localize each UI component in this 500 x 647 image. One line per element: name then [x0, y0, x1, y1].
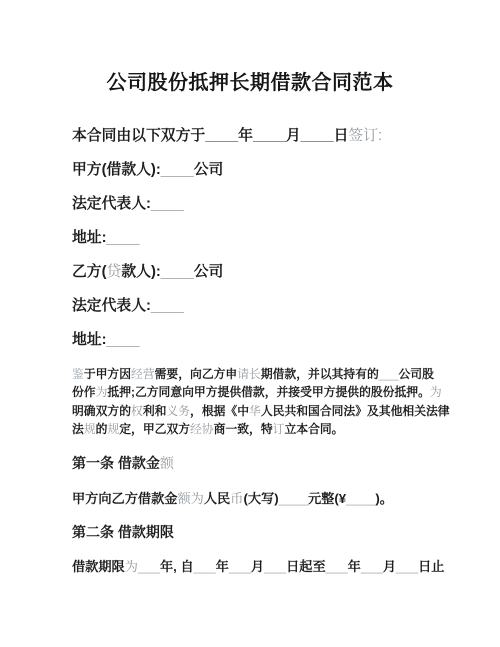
text-segment: 期借款，并以其持有的	[261, 367, 379, 381]
blank-field: ___	[194, 559, 216, 574]
text-segment: 公司	[194, 264, 224, 280]
text-segment: 年, 自	[160, 559, 194, 574]
text-segment: 款人):	[121, 264, 160, 280]
text-line: 法规的规定，甲乙双方经协商一致，特订立本合同。	[72, 420, 434, 438]
blank-field: ____	[205, 128, 238, 144]
text-segment: 乙方(	[72, 264, 107, 280]
text-segment: 甲方向乙方借款金	[72, 491, 178, 506]
text-segment: 元整(¥	[308, 491, 346, 506]
text-segment: 年	[238, 128, 253, 144]
contract-document: 公司股份抵押长期借款合同范本 本合同由以下双方于____年____月____日签…	[0, 0, 500, 647]
text-line: 份作为抵押;乙方同意向甲方提供借款，并接受甲方提供的股份抵押。为	[72, 383, 434, 401]
text-line: 鉴于甲方因经营需要，向乙方申请长期借款，并以其持有的___公司股	[72, 365, 434, 383]
text-segment: 定，甲乙双方	[119, 422, 190, 436]
text-segment: 请长	[237, 367, 261, 381]
text-segment: 月	[251, 559, 264, 574]
text-segment: 借款期限	[72, 559, 125, 574]
text-segment: 月	[286, 128, 301, 144]
document-body: 本合同由以下双方于____年____月____日签订:甲方(借款人):____公…	[0, 127, 500, 576]
block-loan-term: 借款期限为___年, 自___年___月___日起至___年___月___日止	[72, 558, 434, 576]
text-segment: 法定代表人:	[72, 298, 151, 314]
text-segment: 规	[107, 422, 119, 436]
text-line: 第二条 借款期限	[72, 523, 434, 541]
text-line: 法定代表人:____	[72, 195, 434, 214]
text-segment: 立本合同。	[284, 422, 343, 436]
text-segment: 人民	[204, 491, 230, 506]
text-segment: 甲方(借款人):	[72, 162, 161, 178]
text-segment: 的	[96, 422, 108, 436]
text-segment: 规	[84, 422, 96, 436]
text-segment: 为	[96, 385, 108, 399]
text-segment: ，根据《中	[190, 404, 249, 418]
blank-field: ____	[346, 491, 375, 506]
text-segment: 公司股	[399, 367, 434, 381]
text-segment: 法	[72, 422, 84, 436]
text-segment: 年	[348, 559, 361, 574]
text-segment: )。	[375, 491, 393, 506]
text-line: 甲方向乙方借款金额为人民币(大写)____元整(¥____)。	[72, 490, 434, 508]
text-segment: 为	[125, 559, 138, 574]
text-segment: 经协	[190, 422, 214, 436]
text-segment: 经营	[131, 367, 155, 381]
text-line: 法定代表人:____	[72, 297, 434, 316]
blank-field: ___	[379, 367, 399, 381]
blank-field: ___	[396, 559, 418, 574]
text-segment: 地址:	[72, 230, 107, 246]
text-segment: 贷	[107, 264, 122, 280]
text-segment: 明确双方的	[72, 404, 131, 418]
blank-field: ____	[107, 230, 140, 246]
text-line: 本合同由以下双方于____年____月____日签订:	[72, 127, 434, 146]
text-line: 地址:____	[72, 331, 434, 350]
text-line: 明确双方的权利和义务，根据《中华人民共和国合同法》及其他相关法律	[72, 402, 434, 420]
blank-field: ____	[161, 264, 194, 280]
block-article-1-heading: 第一条 借款金额	[72, 454, 434, 472]
text-line: 第一条 借款金额	[72, 454, 434, 472]
text-segment: 日起至	[286, 559, 326, 574]
text-line: 甲方(借款人):____公司	[72, 161, 434, 180]
blank-field: ___	[264, 559, 286, 574]
text-segment: 于甲方因	[84, 367, 131, 381]
text-line: 乙方(贷款人):____公司	[72, 263, 434, 282]
blank-field: ____	[279, 491, 308, 506]
text-line: 地址:____	[72, 229, 434, 248]
text-segment: 需要，向乙方申	[155, 367, 238, 381]
block-article-2-heading: 第二条 借款期限	[72, 523, 434, 541]
text-segment: 日止	[418, 559, 444, 574]
text-segment: 权	[131, 404, 143, 418]
blank-field: ___	[229, 559, 251, 574]
text-segment: 年	[216, 559, 229, 574]
blank-field: ____	[107, 332, 140, 348]
text-segment: 鉴	[72, 367, 84, 381]
blank-field: ___	[138, 559, 160, 574]
blank-field: ____	[151, 298, 184, 314]
text-line: 借款期限为___年, 自___年___月___日起至___年___月___日止	[72, 558, 434, 576]
blank-field: ____	[161, 162, 194, 178]
text-segment: 华	[249, 404, 261, 418]
text-segment: 利和	[143, 404, 167, 418]
text-segment: 签订:	[348, 128, 382, 144]
text-segment: 额	[160, 455, 174, 471]
block-address-a: 地址:____	[72, 229, 434, 248]
document-title: 公司股份抵押长期借款合同范本	[0, 70, 500, 97]
text-segment: 商一致，特	[214, 422, 273, 436]
text-segment: 法定代表人:	[72, 196, 151, 212]
block-legal-rep-a: 法定代表人:____	[72, 195, 434, 214]
blank-field: ____	[253, 128, 286, 144]
text-segment: (大写)	[243, 491, 278, 506]
text-segment: 义务	[166, 404, 190, 418]
text-segment: 第二条 借款期限	[72, 524, 174, 540]
text-segment: 为	[430, 385, 442, 399]
block-intro: 本合同由以下双方于____年____月____日签订:	[72, 127, 434, 146]
blank-field: ____	[151, 196, 184, 212]
text-segment: 人民共和国合同法》及其他相关法律	[261, 404, 450, 418]
text-segment: 公司	[194, 162, 224, 178]
text-segment: 日	[334, 128, 349, 144]
text-segment: 本合同由以下双方于	[72, 128, 205, 144]
text-segment: 月	[383, 559, 396, 574]
block-recitals: 鉴于甲方因经营需要，向乙方申请长期借款，并以其持有的___公司股份作为抵押;乙方…	[72, 365, 434, 439]
text-segment: 币	[230, 491, 243, 506]
block-address-b: 地址:____	[72, 331, 434, 350]
text-segment: 地址:	[72, 332, 107, 348]
text-segment: 份作	[72, 385, 96, 399]
text-segment: 第一条 借款金	[72, 455, 160, 471]
text-segment: 额为	[178, 491, 204, 506]
block-party-a: 甲方(借款人):____公司	[72, 161, 434, 180]
text-segment: 抵押;乙方同意向甲方提供借款，并接受甲方提供的股份抵押。	[107, 385, 429, 399]
blank-field: ___	[326, 559, 348, 574]
block-loan-amount: 甲方向乙方借款金额为人民币(大写)____元整(¥____)。	[72, 490, 434, 508]
block-party-b: 乙方(贷款人):____公司	[72, 263, 434, 282]
block-legal-rep-b: 法定代表人:____	[72, 297, 434, 316]
blank-field: ___	[361, 559, 383, 574]
blank-field: ____	[301, 128, 334, 144]
text-segment: 订	[273, 422, 285, 436]
